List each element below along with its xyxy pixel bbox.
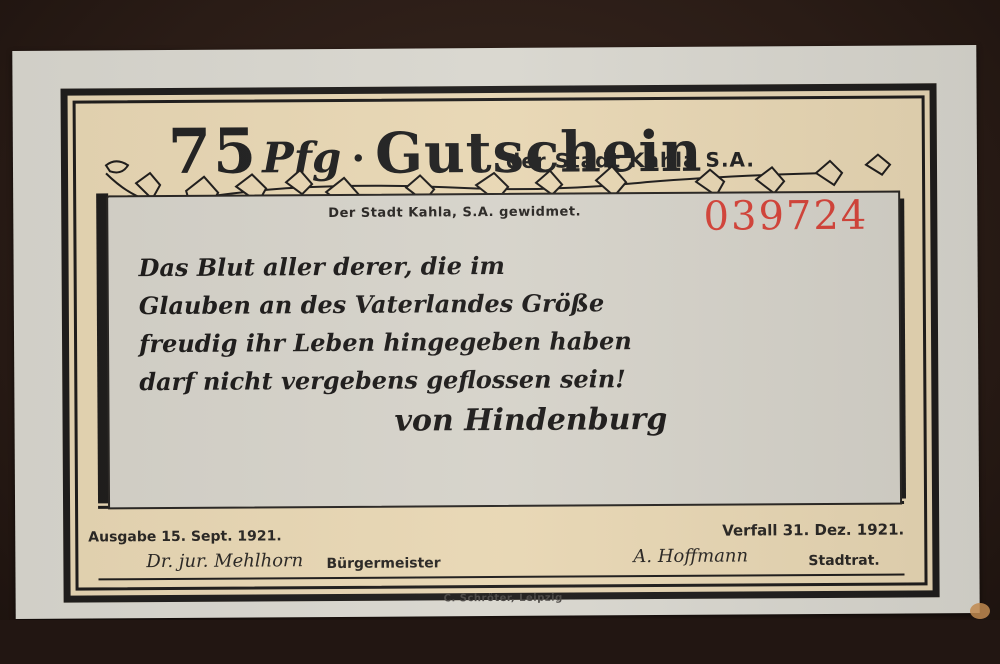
voucher-card: 75 Pfg · Gutschein der Stadt Kahla S.A. <box>12 45 979 619</box>
mayor-title: Bürgermeister <box>326 555 440 572</box>
councillor-signature: A. Hoffmann <box>633 545 748 567</box>
paper-stain <box>970 603 990 619</box>
mayor-signature: Dr. jur. Mehlhorn <box>146 550 303 572</box>
wooden-surface <box>0 620 1000 664</box>
quote-line: darf nicht vergebens geflossen sein! <box>139 359 879 402</box>
printer-imprint: C. Schröter, Leipzig <box>444 593 563 605</box>
currency-unit: Pfg <box>262 133 341 182</box>
separator-dot: · <box>351 135 365 182</box>
serial-number: 039724 <box>703 193 868 240</box>
expiry-date: Verfall 31. Dez. 1921. <box>722 521 904 540</box>
quote-line: freudig ihr Leben hingegeben haben <box>139 321 879 364</box>
handwritten-quote: Das Blut aller derer, die im Glauben an … <box>138 245 879 402</box>
outer-frame: 75 Pfg · Gutschein der Stadt Kahla S.A. <box>61 83 940 602</box>
dedication-text: Der Stadt Kahla, S.A. gewidmet. <box>328 204 581 221</box>
inscription-panel: Der Stadt Kahla, S.A. gewidmet. 039724 D… <box>106 191 902 510</box>
issue-date: Ausgabe 15. Sept. 1921. <box>88 528 282 545</box>
issuer-line: der Stadt Kahla S.A. <box>506 147 755 173</box>
quote-line: Das Blut aller derer, die im <box>138 245 878 288</box>
quote-line: Glauben an des Vaterlandes Größe <box>139 283 879 326</box>
councillor-title: Stadtrat. <box>808 553 879 569</box>
quote-signature: von Hindenburg <box>394 402 667 439</box>
inner-frame: 75 Pfg · Gutschein der Stadt Kahla S.A. <box>73 95 928 590</box>
denomination: 75 <box>168 120 259 183</box>
